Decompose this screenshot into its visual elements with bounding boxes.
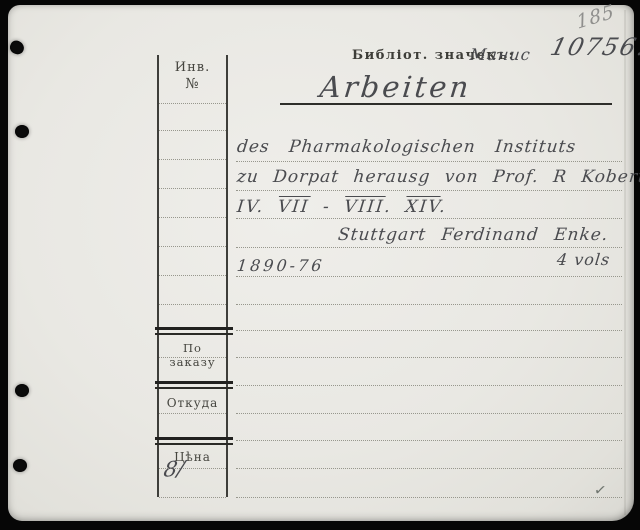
punch-hole (13, 459, 27, 472)
checkmark: ✓ (593, 480, 608, 500)
ruled-line (159, 275, 226, 276)
ruled-line (236, 190, 622, 191)
ruled-line (159, 497, 226, 498)
entry-year-range: 1890-76 (236, 256, 325, 275)
ruled-line (236, 218, 622, 219)
accession-number: 10756. (548, 33, 640, 61)
ruled-line (236, 497, 622, 498)
ruled-line (159, 413, 226, 414)
ruled-line (159, 130, 226, 131)
section-divider-bar (155, 437, 233, 445)
card-edge-crease (624, 10, 626, 515)
inventory-label-line2: № (158, 76, 227, 92)
ruled-line (236, 161, 622, 162)
ruled-line (236, 440, 622, 441)
series-dash: - (322, 197, 332, 217)
entry-body-line1: des Pharmakologischen Instituts (236, 137, 577, 157)
ruled-line (159, 217, 226, 218)
section-divider-bar (155, 381, 233, 389)
ruled-line (159, 246, 226, 247)
ruled-line (236, 413, 622, 414)
column-vertical-line (157, 55, 159, 497)
entry-body-line2: zu Dorpat herausg von Prof. R Kobert (236, 167, 640, 187)
price-value: 8/ (162, 456, 186, 481)
series-part2: VIII (343, 197, 386, 217)
punch-hole (15, 125, 29, 138)
entry-series-line: IV. VII - VIII. XIV. (236, 197, 448, 217)
ruled-line (159, 188, 226, 189)
entry-title: Arbeiten (318, 70, 473, 104)
column-vertical-line (226, 55, 228, 497)
series-prefix: IV. (236, 197, 266, 217)
ruled-line (236, 304, 622, 305)
series-part1: VII (277, 197, 311, 217)
ruled-line (236, 357, 622, 358)
section-divider-bar (155, 327, 233, 335)
punch-hole (15, 384, 29, 397)
scanned-page: 185 Инв. № По заказу Откуда Цѣна Библіот… (0, 0, 640, 530)
ruled-line (236, 385, 622, 386)
ruled-line (236, 468, 622, 469)
ruled-line (159, 159, 226, 160)
entry-publisher-line: Stuttgart Ferdinand Enke. (337, 225, 609, 245)
entry-volume-count: 4 vols (556, 250, 611, 269)
ruled-line (159, 304, 226, 305)
series-part3: XIV (404, 197, 440, 217)
series-dot2: . (384, 197, 394, 217)
ruled-line (236, 247, 622, 248)
inventory-label-line1: Инв. (158, 60, 227, 75)
handwritten-library-mark: Манис (469, 45, 532, 64)
origin-label: Откуда (158, 396, 227, 410)
by-order-label: По заказу (158, 341, 227, 369)
ruled-line (159, 103, 226, 104)
ruled-line (236, 276, 622, 277)
ruled-line (236, 330, 622, 331)
